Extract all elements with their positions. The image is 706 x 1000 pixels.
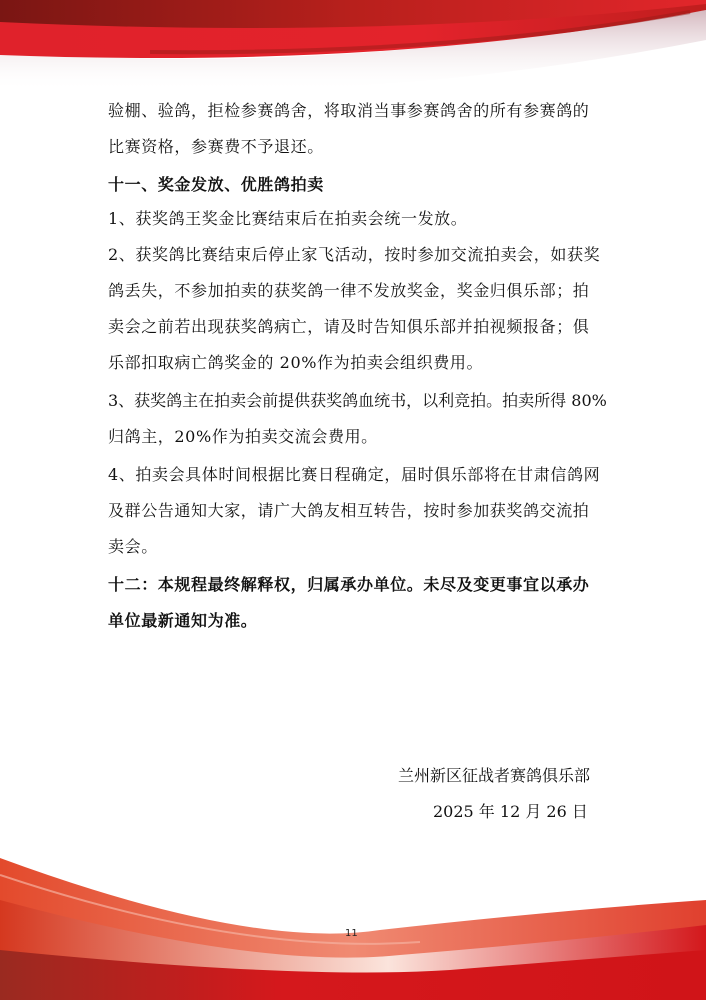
paragraph-line: 归鸽主，20%作为拍卖交流会费用。 (108, 424, 378, 447)
paragraph-line: 比赛资格，参赛费不予退还。 (108, 134, 324, 157)
section-heading-12-cont: 单位最新通知为准。 (108, 608, 257, 631)
paragraph-line: 卖会之前若出现获奖鸽病亡，请及时告知俱乐部并拍视频报备；俱 (108, 314, 589, 337)
paragraph-line: 2、获奖鸽比赛结束后停止家飞活动，按时参加交流拍卖会，如获奖 (108, 242, 600, 265)
page-number: 11 (345, 928, 358, 939)
paragraph-line: 鸽丢失，不参加拍卖的获奖鸽一律不发放奖金，奖金归俱乐部；拍 (108, 278, 589, 301)
paragraph-line: 卖会。 (108, 534, 158, 557)
paragraph-line: 及群公告通知大家，请广大鸽友相互转告，按时参加获奖鸽交流拍 (108, 498, 589, 521)
paragraph-line: 1、获奖鸽王奖金比赛结束后在拍卖会统一发放。 (108, 206, 467, 229)
paragraph-line: 乐部扣取病亡鸽奖金的 20%作为拍卖会组织费用。 (108, 350, 483, 373)
signature-date: 2025 年 12 月 26 日 (433, 799, 588, 822)
top-red-wave-banner (0, 0, 706, 90)
section-heading-11: 十一、奖金发放、优胜鸽拍卖 (108, 172, 324, 195)
signature-organization: 兰州新区征战者赛鸽俱乐部 (398, 763, 590, 786)
paragraph-line: 3、获奖鸽主在拍卖会前提供获奖鸽血统书，以利竞拍。拍卖所得 80% (108, 388, 607, 411)
paragraph-line: 4、拍卖会具体时间根据比赛日程确定，届时俱乐部将在甘肃信鸽网 (108, 462, 600, 485)
section-heading-12: 十二：本规程最终解释权，归属承办单位。未尽及变更事宜以承办 (108, 572, 589, 595)
paragraph-line: 验棚、验鸽，拒检参赛鸽舍，将取消当事参赛鸽舍的所有参赛鸽的 (108, 98, 589, 121)
bottom-red-wave-banner (0, 840, 706, 1000)
